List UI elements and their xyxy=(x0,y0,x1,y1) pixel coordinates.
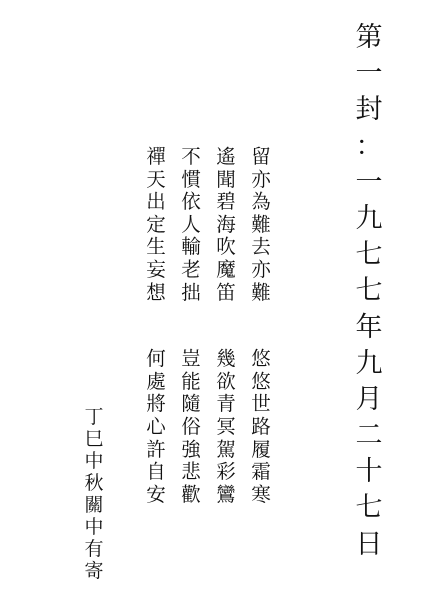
poem-char: 隨 xyxy=(179,394,203,417)
title-char: 封 xyxy=(352,96,386,132)
poem-char: 老 xyxy=(179,260,203,283)
poem-char: 想 xyxy=(144,283,168,306)
poem-char: 歡 xyxy=(179,485,203,508)
title-char: 第 xyxy=(352,24,386,60)
poem-char: 為 xyxy=(249,192,273,215)
poem-char: 悠 xyxy=(249,372,273,395)
poem-char: 何 xyxy=(144,349,168,372)
poem-char: 強 xyxy=(179,440,203,463)
poem-char: 霜 xyxy=(249,462,273,485)
poem-char: 禪 xyxy=(144,147,168,170)
poem-char: 慣 xyxy=(179,170,203,193)
inscription-char: 中 xyxy=(82,518,106,540)
letter-title: 第 一 封 ： 一 九 七 七 年 九 月 二 十 七 日 xyxy=(352,24,386,567)
poem-char: 欲 xyxy=(214,372,238,395)
poem-char: 魔 xyxy=(214,260,238,283)
poem-char: 亦 xyxy=(249,260,273,283)
poem-column-1: 留 亦 為 難 去 亦 難 悠 悠 世 路 履 霜 寒 xyxy=(249,147,273,507)
poem-char: 生 xyxy=(144,237,168,260)
poem-char: 心 xyxy=(144,417,168,440)
poem-column-3: 不 慣 依 人 輸 老 拙 豈 能 隨 俗 強 悲 歡 xyxy=(179,147,203,507)
title-char: 七 xyxy=(352,241,386,277)
title-char: 九 xyxy=(352,205,386,241)
poem-char: 駕 xyxy=(214,440,238,463)
title-char: 九 xyxy=(352,350,386,386)
poem-char: 碧 xyxy=(214,192,238,215)
inscription-char: 秋 xyxy=(82,474,106,496)
poem-char: 定 xyxy=(144,215,168,238)
poem-char: 吹 xyxy=(214,237,238,260)
poem-char: 許 xyxy=(144,440,168,463)
poem-char: 遙 xyxy=(214,147,238,170)
title-char: 二 xyxy=(352,422,386,458)
poem-char: 笛 xyxy=(214,283,238,306)
title-char: 一 xyxy=(352,169,386,205)
title-char: 十 xyxy=(352,458,386,494)
poem-char: 悠 xyxy=(249,349,273,372)
poem-char: 寒 xyxy=(249,485,273,508)
poem-char: 世 xyxy=(249,394,273,417)
poem-char: 路 xyxy=(249,417,273,440)
title-char: 七 xyxy=(352,277,386,313)
poem-char: 將 xyxy=(144,394,168,417)
poem-char: 處 xyxy=(144,372,168,395)
poem-char: 幾 xyxy=(214,349,238,372)
poem-char: 妄 xyxy=(144,260,168,283)
inscription-char: 寄 xyxy=(82,562,106,584)
inscription-char: 有 xyxy=(82,540,106,562)
title-char: 月 xyxy=(352,386,386,422)
poem-char: 留 xyxy=(249,147,273,170)
poem-char: 不 xyxy=(179,147,203,170)
poem-char: 輸 xyxy=(179,237,203,260)
poem-char: 人 xyxy=(179,215,203,238)
poem-char: 天 xyxy=(144,170,168,193)
poem-char: 履 xyxy=(249,440,273,463)
inscription-char: 丁 xyxy=(82,408,106,430)
poem-char: 鸞 xyxy=(214,485,238,508)
poem-char: 悲 xyxy=(179,462,203,485)
poem-char: 拙 xyxy=(179,283,203,306)
poem-char: 海 xyxy=(214,215,238,238)
poem-char: 能 xyxy=(179,372,203,395)
poem-char: 豈 xyxy=(179,349,203,372)
poem-char: 出 xyxy=(144,192,168,215)
poem-char: 難 xyxy=(249,283,273,306)
poem-char: 彩 xyxy=(214,462,238,485)
poem-char: 依 xyxy=(179,192,203,215)
inscription-char: 巳 xyxy=(82,430,106,452)
title-char: 七 xyxy=(352,494,386,530)
poem-char: 難 xyxy=(249,215,273,238)
inscription-char: 關 xyxy=(82,496,106,518)
inscription-char: 中 xyxy=(82,452,106,474)
poem-char: 自 xyxy=(144,462,168,485)
title-char: 一 xyxy=(352,60,386,96)
title-char: ： xyxy=(352,133,386,169)
poem-char: 冥 xyxy=(214,417,238,440)
title-char: 年 xyxy=(352,314,386,350)
inscription: 丁 巳 中 秋 關 中 有 寄 xyxy=(82,408,106,584)
title-char: 日 xyxy=(352,531,386,567)
poem-char: 俗 xyxy=(179,417,203,440)
poem-char: 青 xyxy=(214,394,238,417)
poem-char: 亦 xyxy=(249,170,273,193)
poem-char: 安 xyxy=(144,485,168,508)
poem-column-2: 遙 聞 碧 海 吹 魔 笛 幾 欲 青 冥 駕 彩 鸞 xyxy=(214,147,238,507)
poem-char: 去 xyxy=(249,237,273,260)
poem-char: 聞 xyxy=(214,170,238,193)
poem-column-4: 禪 天 出 定 生 妄 想 何 處 將 心 許 自 安 xyxy=(144,147,168,507)
